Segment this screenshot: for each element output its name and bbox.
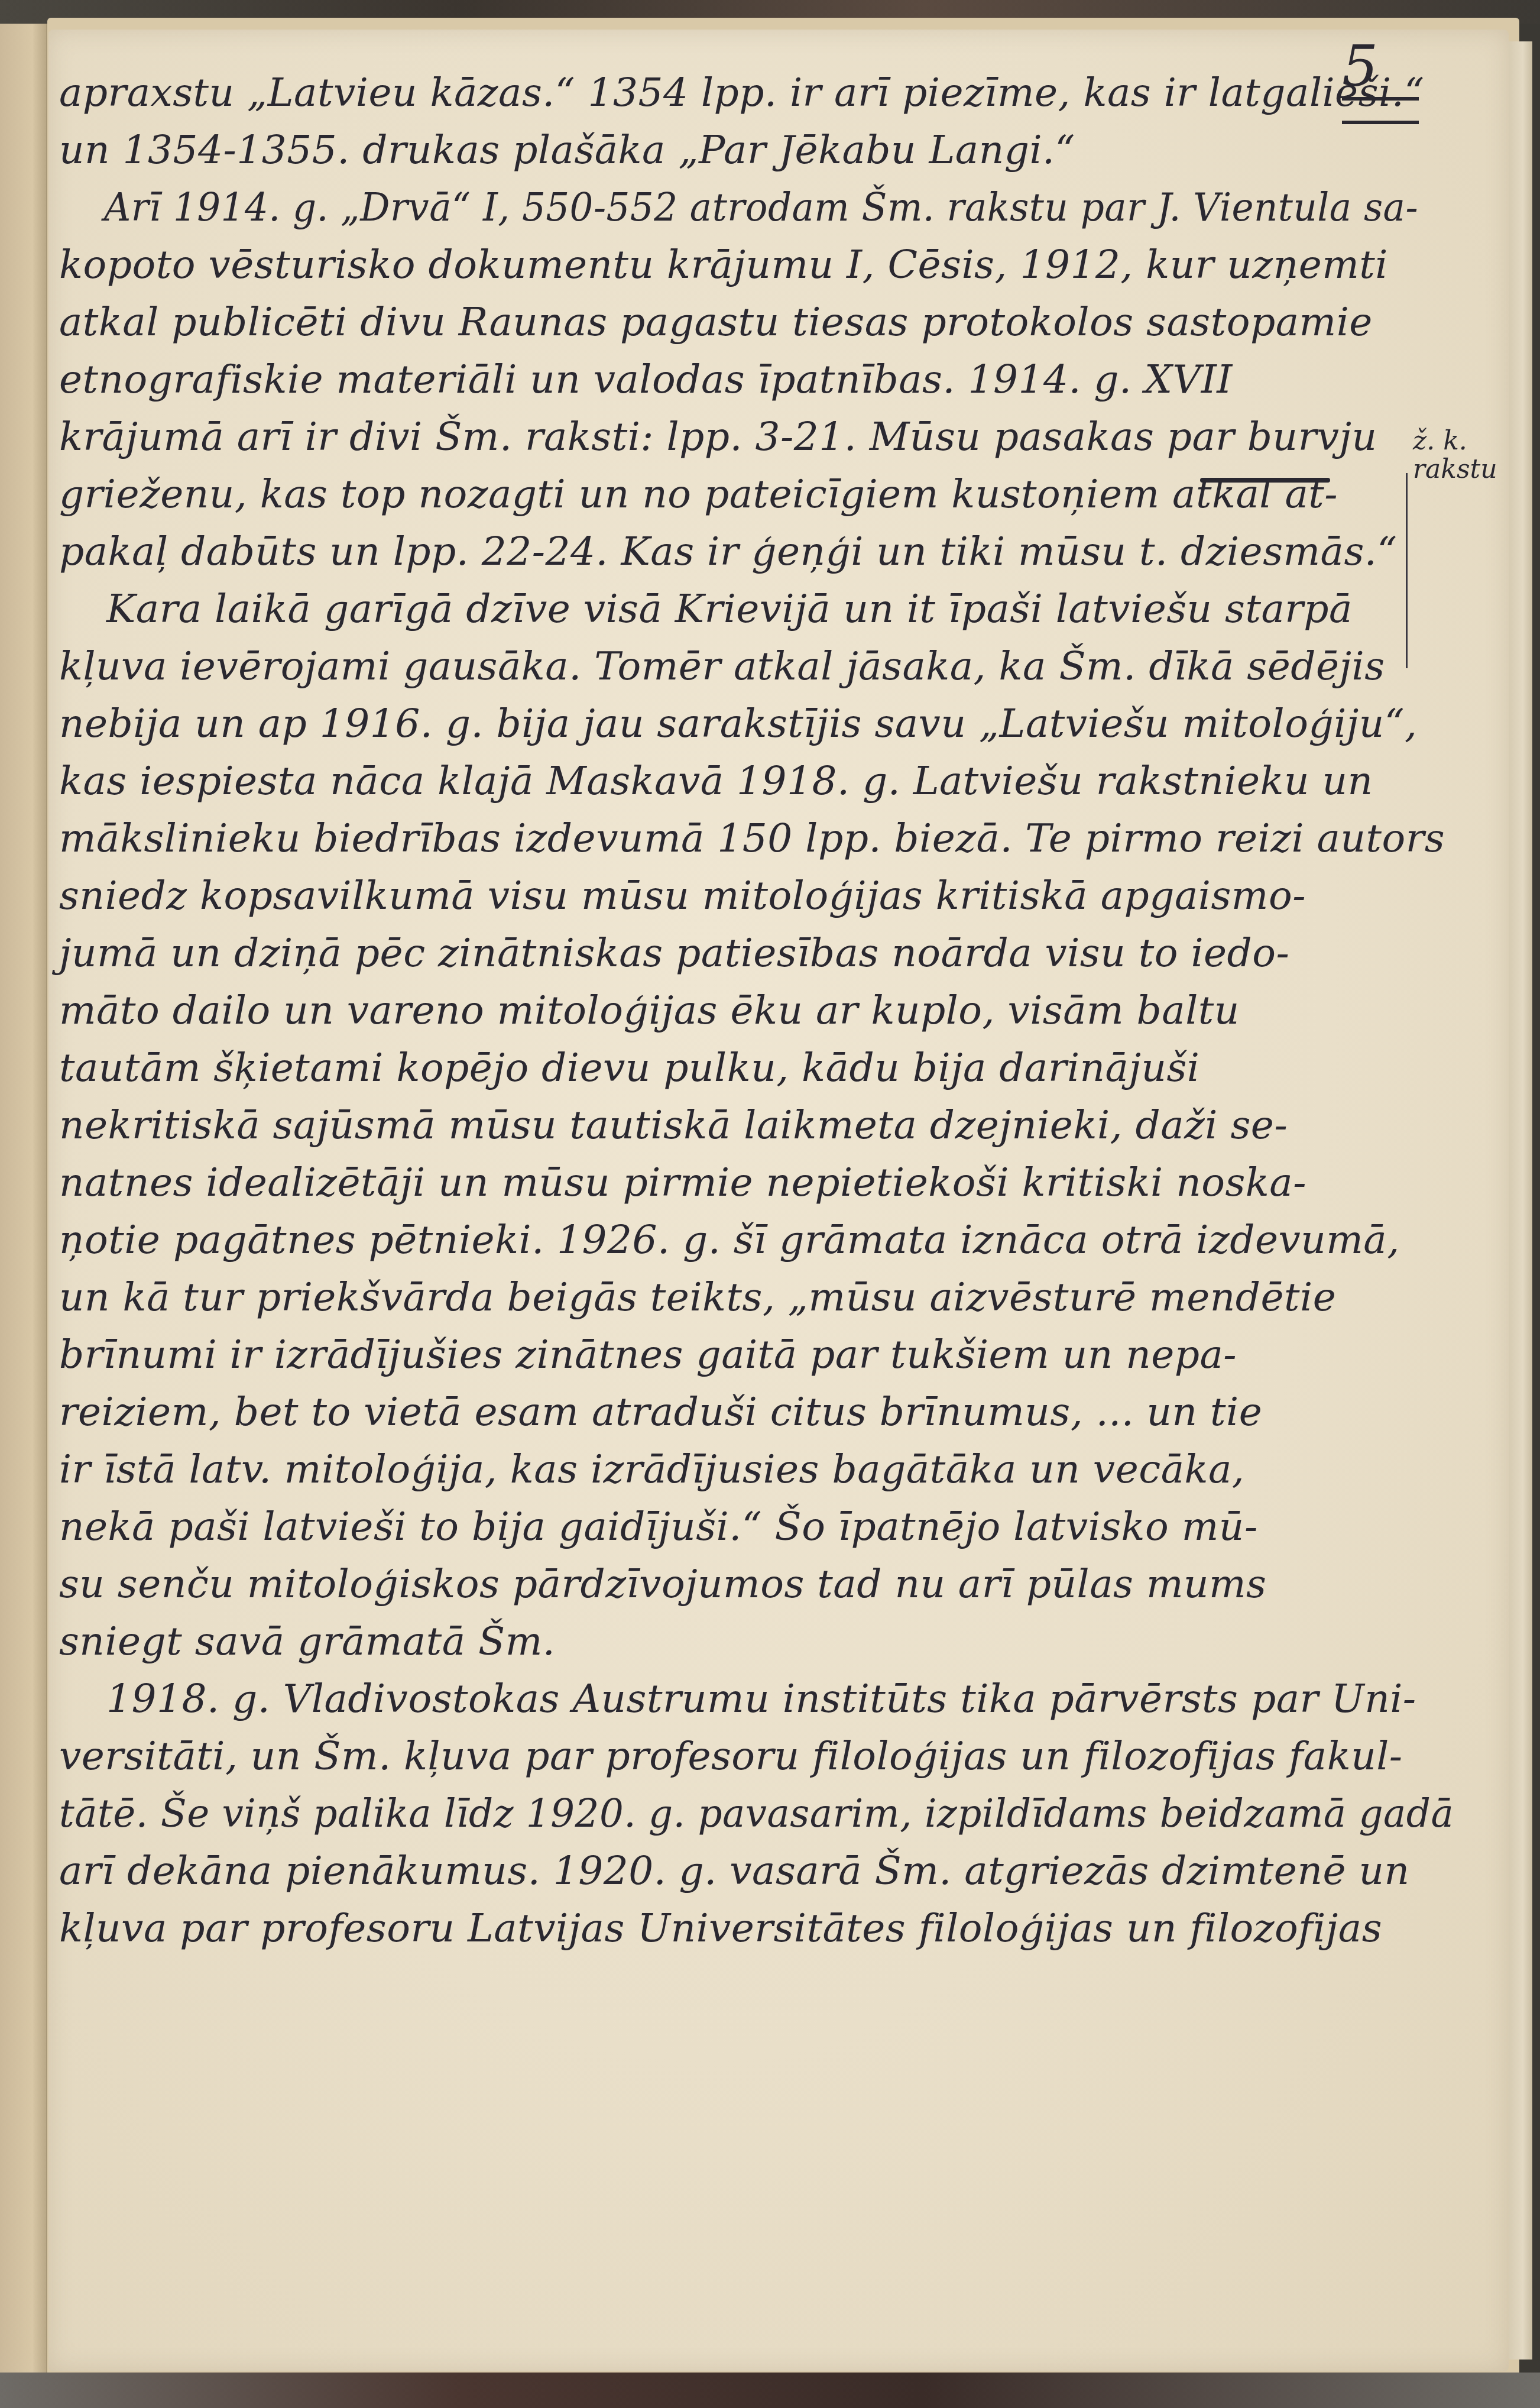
backdrop-bottom — [0, 2373, 1540, 2408]
text-line: nekā paši latvieši to bija gaidījuši.“ Š… — [59, 1498, 1419, 1555]
paragraph-start-line: 1918. g. Vladivostokas Austrumu institūt… — [59, 1670, 1419, 1727]
text-line: grieženu, kas top nozagti un no pateicīg… — [59, 465, 1419, 523]
text-line: kļuva ievērojami gausāka. Tomēr atkal jā… — [59, 637, 1419, 695]
text-line: kļuva par profesoru Latvijas Universitāt… — [59, 1899, 1419, 1957]
margin-note-initials: ž. k. — [1413, 427, 1497, 455]
text-line: nekritiskā sajūsmā mūsu tautiskā laikmet… — [59, 1096, 1419, 1154]
text-line: reiziem, bet to vietā esam atraduši citu… — [59, 1383, 1419, 1441]
previous-page-edge — [0, 24, 47, 2374]
text-line: kas iespiesta nāca klajā Maskavā 1918. g… — [59, 752, 1419, 810]
text-line: mākslinieku biedrības izdevumā 150 lpp. … — [59, 810, 1419, 867]
text-line: versitāti, un Šm. kļuva par profesoru fi… — [59, 1727, 1419, 1785]
text-line: arī dekāna pienākumus. 1920. g. vasarā Š… — [59, 1842, 1419, 1899]
text-line: un 1354-1355. drukas plašāka „Par Jēkabu… — [59, 121, 1419, 179]
paragraph-start-line: Kara laikā garīgā dzīve visā Krievijā un… — [59, 580, 1419, 637]
text-line: un kā tur priekšvārda beigās teikts, „mū… — [59, 1268, 1419, 1326]
text-line: nebija un ap 1916. g. bija jau sarakstīj… — [59, 695, 1419, 752]
text-line: pakaļ dabūts un lpp. 22-24. Kas ir ģeņģi… — [59, 523, 1419, 580]
text-line: ņotie pagātnes pētnieki. 1926. g. šī grā… — [59, 1211, 1419, 1268]
text-line: tautām šķietami kopējo dievu pulku, kādu… — [59, 1039, 1419, 1096]
margin-note: ž. k. rakstu — [1413, 427, 1497, 484]
text-line: jumā un dziņā pēc zinātniskas patiesības… — [59, 924, 1419, 982]
text-line: apraxstu „Latvieu kāzas.“ 1354 lpp. ir a… — [59, 64, 1419, 121]
margin-note-label: rakstu — [1413, 455, 1497, 484]
text-line: su senču mitoloģiskos pārdzīvojumos tad … — [59, 1555, 1419, 1613]
text-line: etnografiskie materiāli un valodas īpatn… — [59, 351, 1419, 408]
text-line: tātē. Še viņš palika līdz 1920. g. pavas… — [59, 1785, 1382, 1842]
text-line: kopoto vēsturisko dokumentu krājumu I, C… — [59, 236, 1419, 293]
page-right-edge — [1509, 41, 1532, 2360]
text-line: ir īstā latv. mitoloģija, kas izrādījusi… — [59, 1441, 1419, 1498]
paragraph-start-line: Arī 1914. g. „Drvā“ I, 550-552 atrodam Š… — [59, 179, 1350, 236]
manuscript-text: apraxstu „Latvieu kāzas.“ 1354 lpp. ir a… — [59, 64, 1419, 1957]
text-line: krājumā arī ir divi Šm. raksti: lpp. 3-2… — [59, 408, 1419, 465]
text-line: sniedz kopsavilkumā visu mūsu mitoloģija… — [59, 867, 1419, 924]
text-line: sniegt savā grāmatā Šm. — [59, 1613, 1419, 1670]
text-line: atkal publicēti divu Raunas pagastu ties… — [59, 293, 1419, 351]
text-line: māto dailo un vareno mitoloģijas ēku ar … — [59, 982, 1419, 1039]
text-line: natnes idealizētāji un mūsu pirmie nepie… — [59, 1154, 1419, 1211]
text-line: brīnumi ir izrādījušies zinātnes gaitā p… — [59, 1326, 1419, 1383]
